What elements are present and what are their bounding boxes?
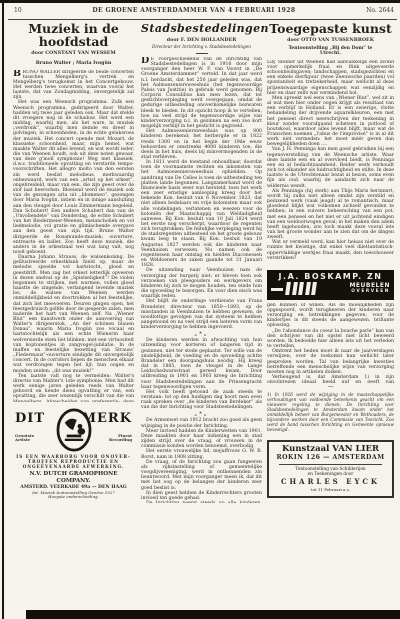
article-paragraph: Lily Steiner uit Weenen had aanvankelijk… (267, 60, 394, 96)
article-paragraph: Van J. H. Penninga kan men goed gebruike… (267, 147, 394, 188)
article-paragraph: DE voorgeschiedenis van de Inrichting va… (141, 57, 262, 129)
exhibition-dates: tot 11 Februari a.s. (271, 487, 390, 492)
article-paragraph: De vraag, of de Inrichting zou gaan fung… (141, 460, 262, 491)
art-article-title: Toegepaste kunst (267, 22, 394, 35)
article-paragraph: Het Aalmoezeniersweeshuis was op 800 kin… (141, 129, 262, 160)
column-music: Muziek in de hoofdstad door CONSTANT VAN… (13, 22, 134, 500)
page-number: 10 (14, 7, 22, 14)
ad-company-name: N.V. DUTCH GRAMOPHONE COMPANY. (13, 471, 134, 485)
masthead: DE GROENE AMSTERDAMMER VAN 4 FEBRUARI 19… (92, 7, 295, 14)
art-article-byline: door OTTO VAN TUSSENBROEK (267, 37, 394, 43)
van-lier-gallery-ad: Kunstzaal VAN LIER ROKIN 126 — AMSTERDAM… (267, 440, 394, 499)
boskamp-furniture-ad: J.A. BOSKAMP. ZN MEUBELEN OVERVEEN (267, 270, 394, 300)
artist-name: CHARLES EYCK (271, 478, 390, 487)
article-paragraph: De Inrichting neemt steeds op alle kinde… (141, 501, 262, 503)
article-paragraph: In dien geest hebben de Kinderrechters g… (141, 491, 262, 501)
music-article-title: Muziek in de hoofdstad (13, 22, 134, 48)
article-paragraph: Ten laatste valt nog te vermelden: Walte… (13, 374, 134, 402)
article-paragraph: De kinderen werden in afwachting van hun… (141, 338, 262, 390)
issue-number: No. 2644 (366, 7, 394, 14)
music-article-subhead: Bruno Walter ; Maria Ivogün (13, 61, 134, 67)
header-rule (8, 19, 397, 20)
article-paragraph: Het eerste vrouwelijke lid, mejuffrouw G… (141, 449, 262, 459)
column-art: Toegepaste kunst door OTTO VAN TUSSENBRO… (267, 22, 394, 498)
scan-edge-left (2, 0, 4, 619)
article-paragraph: In 1811 werd de toestand onhoudbaar, doo… (141, 160, 262, 268)
article-paragraph: Verheugend is, dat Amsterdam 1) in zijn … (267, 375, 394, 383)
city-article-title: Stadsbestedelingen (141, 22, 262, 35)
scan-edge-bottom (26, 610, 400, 619)
boskamp-logo-stripes (271, 282, 319, 295)
art-article-body: Lily Steiner uit Weenen had aanvankelijk… (267, 60, 394, 266)
gramophone-ad: DIT MERK Grootste Artiste Finest Recordi… (13, 408, 134, 501)
city-article-body: DE voorgeschiedenis van de Inrichting va… (141, 57, 262, 503)
page-header: 10 DE GROENE AMSTERDAMMER VAN 4 FEBRUARI… (14, 7, 394, 17)
article-paragraph: Als Penninga (hij sterk) aan Thijs Maris… (267, 189, 394, 241)
gallery-name: Kunstzaal VAN LIER (271, 445, 390, 455)
ad-rule (279, 464, 382, 465)
city-article-affiliation: Directeur der Inrichting v. Stadsbestede… (141, 44, 262, 49)
dropcap-initial: B (13, 70, 23, 79)
city-article-continued: gen kunnen of willen. Als de moeilijkhed… (267, 303, 394, 383)
article-paragraph: Omtrent het heden moet ik naar de jaarve… (267, 349, 394, 375)
article-paragraph: Meer invloed hadden de Kinderwetten van … (141, 429, 262, 450)
footnote-separator: — (267, 384, 394, 390)
section-rule (196, 53, 208, 54)
ad-label-left: Grootste Artiste (15, 434, 34, 443)
music-article-body: BRUNO WALTER dirigeerde de beide concert… (13, 70, 134, 402)
gramophone-ad-caption: IS EEN WAARBORG VOOR ONOVER- TROFFEN REP… (13, 454, 134, 501)
scan-edge-top (0, 0, 400, 3)
article-paragraph: Het was een Weensch programma. Zulk een … (13, 100, 134, 255)
exhibition-note: Tentoonstelling „Bij den Dom” te Utrecht… (267, 46, 394, 57)
column-city: Stadsbestedelingen door F. DEN HOLLANDER… (141, 22, 262, 503)
article-paragraph: BRUNO WALTER dirigeerde de beide concert… (13, 70, 134, 101)
dropcap-initial: D (141, 57, 151, 66)
gallery-address: ROKIN 126 — AMSTERDAM (271, 454, 390, 462)
gramophone-ad-header: DIT MERK Grootste Artiste Finest Recordi… (13, 408, 134, 452)
music-article-byline: door CONSTANT VAN WESSEM (13, 50, 134, 56)
article-paragraph: De Armenwet van 1912 bracht zoo goed als… (141, 418, 262, 428)
article-paragraph: Het blijft de onderlinge verdienste van … (141, 299, 262, 330)
boskamp-ad-name: J.A. BOSKAMP. ZN (271, 272, 390, 281)
newspaper-page: 10 DE GROENE AMSTERDAMMER VAN 4 FEBRUARI… (0, 0, 400, 619)
article-paragraph: „De l'abondance du coeur la bouche parle… (267, 329, 394, 350)
footnote: 1) In 1926 werd de wijziging in de maats… (267, 392, 394, 436)
article-paragraph: Het volk heeft getoond de zaak steeds te… (141, 390, 262, 411)
city-article-byline: door F. DEN HOLLANDER (141, 37, 262, 43)
article-paragraph: Daarna Johann Strauss, de walsenkoning. … (13, 255, 134, 374)
article-paragraph: De uitzending naar Veenhuizen nam de ver… (141, 268, 262, 299)
ad-label-right: Finest Recording (109, 434, 132, 443)
article-paragraph: Wat er vermeld werd, kan hier helaas nie… (267, 240, 394, 261)
ad-word-dit: DIT (15, 411, 45, 426)
boskamp-ad-place: OVERVEEN (349, 289, 390, 295)
article-paragraph: gen kunnen of willen. Als de moeilijkhed… (267, 303, 394, 329)
article-paragraph: Men spreekt wel eens van „Wiener Blut”, … (267, 96, 394, 148)
his-masters-voice-logo (55, 408, 93, 452)
